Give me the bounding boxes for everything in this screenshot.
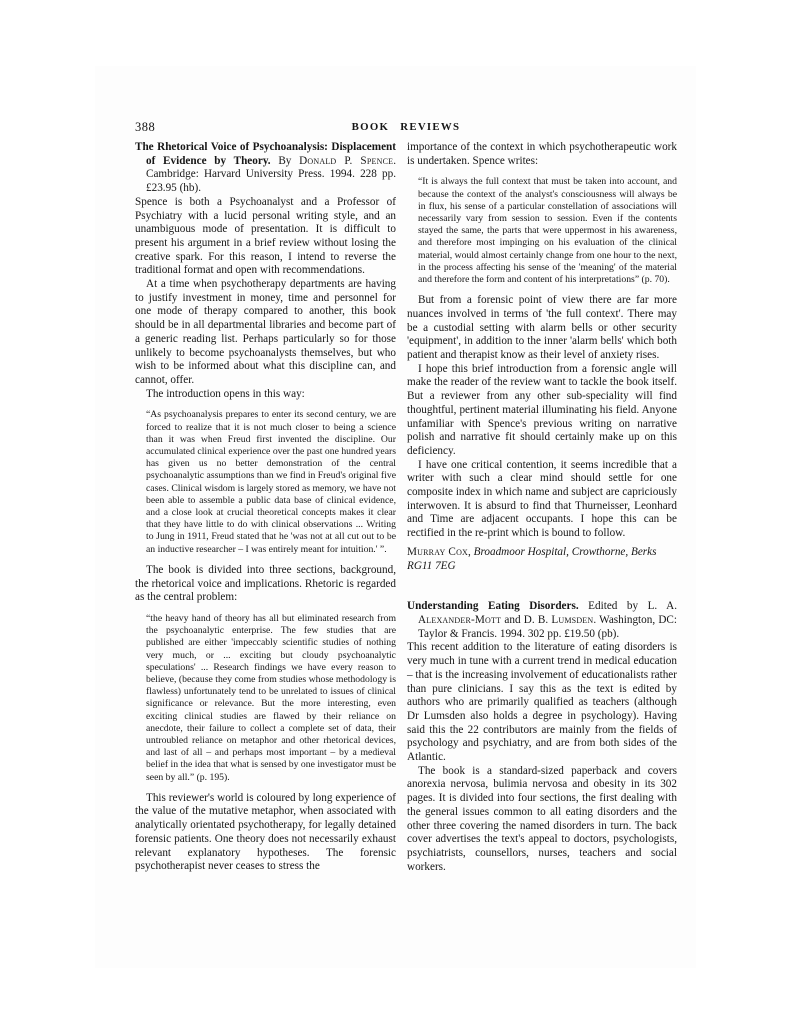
review1-para-intro: Spence is both a Psychoanalyst and a Pro… xyxy=(135,196,396,278)
review1-para-hope: I hope this brief introduction from a fo… xyxy=(407,363,677,459)
left-column: The Rhetorical Voice of Psychoanalysis: … xyxy=(135,141,396,874)
review1-blockquote-rhetoric: “the heavy hand of theory has all but el… xyxy=(146,613,396,784)
journal-page: 388 BOOK REVIEWS The Rhetorical Voice of… xyxy=(95,66,696,968)
review1-para-forensic: But from a forensic point of view there … xyxy=(407,294,677,363)
review1-heading: The Rhetorical Voice of Psychoanalysis: … xyxy=(135,141,396,196)
page-header: 388 BOOK REVIEWS xyxy=(135,120,677,135)
review2-para-intro: This recent addition to the literature o… xyxy=(407,641,677,764)
review1-para-introduction-lead: The introduction opens in this way: xyxy=(135,388,396,402)
running-head: BOOK REVIEWS xyxy=(135,121,677,133)
review1-blockquote-introduction: “As psychoanalysis prepares to enter its… xyxy=(146,409,396,555)
review2-heading: Understanding Eating Disorders. Edited b… xyxy=(407,600,677,641)
review1-para-index-criticism: I have one critical contention, it seems… xyxy=(407,459,677,541)
review1-para-reviewer-world: This reviewer's world is coloured by lon… xyxy=(135,792,396,874)
review1-para-sections: The book is divided into three sections,… xyxy=(135,564,396,605)
review1-para-libraries: At a time when psychotherapy departments… xyxy=(135,278,396,388)
review1-reviewer-signature: Murray Cox, Broadmoor Hospital, Crowthor… xyxy=(407,546,677,573)
right-column: importance of the context in which psych… xyxy=(407,141,677,874)
review2-para-book-structure: The book is a standard-sized paperback a… xyxy=(407,765,677,875)
review1-blockquote-full-context: “It is always the full context that must… xyxy=(418,176,677,286)
review1-para-context-continuation: importance of the context in which psych… xyxy=(407,141,677,168)
